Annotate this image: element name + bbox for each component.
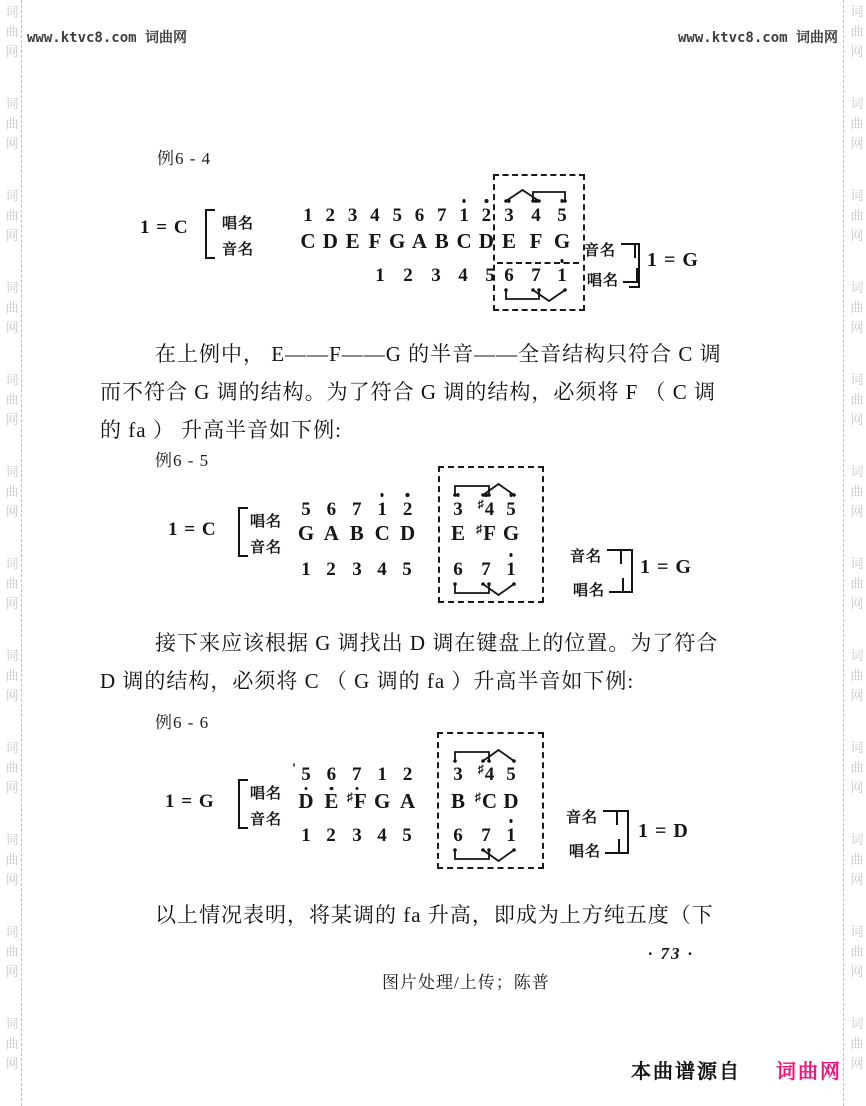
box-inner-divider [497, 262, 579, 264]
watermark-char: 词 [850, 94, 863, 114]
key-signature-left: 1 = C [140, 217, 189, 239]
watermark-char: 词 [5, 1014, 18, 1034]
watermark-char: 网 [5, 1054, 18, 1074]
note-token: F [530, 231, 543, 252]
watermark-dashed-line-right [843, 0, 844, 1106]
watermark-char: 曲 [5, 850, 18, 870]
sharp-sign: ♯ [476, 522, 482, 536]
octave-dot-high [406, 493, 410, 497]
sub-solfege-token: 6 [453, 560, 463, 579]
sharp-sign: ♯ [478, 497, 484, 511]
watermark-char: 网 [5, 318, 18, 338]
sharp-sign: ♯ [347, 790, 353, 804]
solfege-token: 1 [459, 206, 469, 225]
watermark-char: 曲 [5, 666, 18, 686]
tone-mark-caret-below [481, 847, 516, 863]
watermark-char: 词 [850, 830, 863, 850]
note-token: F [368, 231, 381, 252]
note-token: B [350, 523, 364, 544]
sub-solfege-token: 4 [377, 560, 387, 579]
sub-solfege-token: 2 [403, 266, 413, 285]
note-token: B [435, 231, 449, 252]
octave-dot-high [380, 493, 384, 497]
stray-apostrophe-mark: ' [292, 761, 296, 778]
watermark-char: 词 [5, 922, 18, 942]
watermark-char: 网 [850, 594, 863, 614]
watermark-char: 网 [5, 778, 18, 798]
sub-solfege-token: 3 [431, 266, 441, 285]
sub-solfege-token: 7 [531, 266, 541, 285]
octave-dot-high [560, 259, 564, 263]
solfege-token: 5 [301, 765, 311, 784]
system-bracket-left [238, 507, 248, 557]
sub-solfege-token: 2 [326, 560, 336, 579]
sub-solfege-token: 4 [458, 266, 468, 285]
note-token: C [375, 523, 390, 544]
watermark-char: 词 [850, 922, 863, 942]
watermark-header-right: www.ktvc8.com 词曲网 [678, 27, 838, 47]
solfege-token: 1 [377, 500, 387, 519]
note-token: D [479, 231, 494, 252]
watermark-char: 曲 [5, 22, 18, 42]
source-note-prefix: 本曲谱源自 [631, 1055, 741, 1084]
key-signature-left: 1 = C [168, 519, 217, 541]
watermark-char: 网 [5, 870, 18, 890]
solfege-token: 6 [327, 500, 337, 519]
watermark-char: 词 [5, 462, 18, 482]
tone-mark-caret-below [481, 581, 516, 597]
note-token: G [374, 791, 390, 812]
watermark-char: 网 [850, 1054, 863, 1074]
watermark-char: 网 [850, 42, 863, 62]
watermark-char: 网 [850, 226, 863, 246]
key-signature-right: 1 = G [640, 556, 692, 579]
watermark-char: 词 [5, 646, 18, 666]
watermark-char: 曲 [850, 482, 863, 502]
example-heading-6-5: 例6 - 5 [155, 446, 209, 471]
solfege-token: 5 [506, 765, 516, 784]
paragraph-line: 以上情况表明，将某调的 fa 升高，即成为上方纯五度（下 [155, 899, 714, 929]
note-token: G [503, 523, 519, 544]
watermark-char: 曲 [850, 666, 863, 686]
watermark-char: 网 [5, 686, 18, 706]
sub-solfege-token: 1 [301, 826, 311, 845]
sub-solfege-token: 5 [402, 826, 412, 845]
note-token: G [554, 231, 570, 252]
watermark-char: 曲 [850, 298, 863, 318]
sub-solfege-token: 1 [375, 266, 385, 285]
watermark-strip-right: 词曲网词曲网词曲网词曲网词曲网词曲网词曲网词曲网词曲网词曲网词曲网词曲网 [849, 2, 865, 1106]
example-heading-6-6: 例6 - 6 [155, 708, 209, 733]
right-notename-label: 音名 [566, 806, 598, 827]
note-token: C [300, 231, 315, 252]
watermark-char: 曲 [5, 390, 18, 410]
octave-dot-high [509, 819, 513, 823]
watermark-char: 网 [5, 962, 18, 982]
scanned-music-theory-page: www.ktvc8.com 词曲网 www.ktvc8.com 词曲网 词曲网词… [0, 0, 866, 1106]
octave-dot-high [485, 199, 489, 203]
corner-connector-down [607, 549, 622, 564]
note-token: A [412, 231, 427, 252]
solfege-token: 4 [531, 206, 541, 225]
watermark-char: 曲 [850, 390, 863, 410]
example-heading-6-4: 例6 - 4 [157, 144, 211, 169]
system-bracket-right [629, 243, 640, 288]
watermark-char: 曲 [5, 482, 18, 502]
right-solfege-label: 唱名 [587, 269, 619, 290]
system-bracket-right [622, 549, 633, 593]
note-token: E [451, 523, 465, 544]
notename-row-label: 音名 [250, 808, 282, 829]
watermark-char: 词 [850, 2, 863, 22]
watermark-char: 网 [5, 502, 18, 522]
sub-solfege-token: 7 [481, 560, 491, 579]
solfege-row-label: 唱名 [250, 510, 282, 531]
watermark-char: 词 [850, 1014, 863, 1034]
watermark-char: 词 [850, 278, 863, 298]
watermark-char: 词 [850, 554, 863, 574]
watermark-char: 曲 [5, 942, 18, 962]
solfege-token: 6 [415, 206, 425, 225]
solfege-token: 4 [370, 206, 380, 225]
system-bracket-left [238, 779, 248, 829]
watermark-header-left: www.ktvc8.com 词曲网 [27, 27, 187, 47]
sub-solfege-token: 6 [453, 826, 463, 845]
solfege-token: 5 [392, 206, 402, 225]
watermark-char: 网 [850, 778, 863, 798]
watermark-char: 网 [5, 410, 18, 430]
watermark-char: 网 [850, 686, 863, 706]
right-solfege-label: 唱名 [573, 579, 605, 600]
watermark-char: 曲 [850, 574, 863, 594]
solfege-token: 3 [453, 500, 463, 519]
note-token: E [324, 791, 338, 812]
tone-mark-square-above [531, 188, 567, 204]
solfege-token: 1 [303, 206, 313, 225]
solfege-token: ♯4 [478, 765, 495, 784]
source-site-logo: 词曲网 [776, 1055, 842, 1084]
note-token: ♯F [347, 791, 367, 812]
sub-solfege-token: 1 [506, 560, 516, 579]
solfege-token: 1 [377, 765, 387, 784]
watermark-char: 网 [5, 594, 18, 614]
sub-solfege-token: 2 [326, 826, 336, 845]
key-signature-right: 1 = D [638, 820, 689, 843]
sub-solfege-token: 7 [481, 826, 491, 845]
solfege-token: 5 [301, 500, 311, 519]
note-token: ♯C [475, 791, 497, 812]
right-solfege-label: 唱名 [569, 840, 601, 861]
solfege-token: 5 [506, 500, 516, 519]
note-token: E [346, 231, 360, 252]
notename-row-label: 音名 [222, 238, 254, 259]
watermark-char: 网 [5, 42, 18, 62]
solfege-token: 2 [403, 500, 413, 519]
watermark-char: 词 [850, 738, 863, 758]
note-token: D [298, 791, 313, 812]
corner-connector-down [603, 810, 618, 825]
watermark-char: 词 [850, 370, 863, 390]
solfege-token: 7 [437, 206, 447, 225]
solfege-token: 6 [327, 765, 337, 784]
watermark-char: 词 [5, 186, 18, 206]
watermark-char: 网 [850, 134, 863, 154]
solfege-token: 7 [352, 765, 362, 784]
watermark-char: 网 [850, 962, 863, 982]
watermark-char: 网 [5, 226, 18, 246]
watermark-char: 曲 [850, 22, 863, 42]
right-notename-label: 音名 [584, 239, 616, 260]
sub-solfege-token: 3 [352, 560, 362, 579]
solfege-token: 2 [326, 206, 336, 225]
note-token: E [502, 231, 516, 252]
note-token: A [324, 523, 339, 544]
watermark-char: 曲 [850, 942, 863, 962]
solfege-token: ♯4 [478, 500, 495, 519]
watermark-char: 词 [5, 554, 18, 574]
sub-solfege-token: 3 [352, 826, 362, 845]
note-token: B [451, 791, 465, 812]
key-signature-left: 1 = G [165, 791, 215, 813]
watermark-char: 网 [850, 502, 863, 522]
key-signature-right: 1 = G [647, 249, 699, 272]
sub-solfege-token: 5 [485, 266, 495, 285]
watermark-char: 网 [850, 870, 863, 890]
solfege-token: 5 [557, 206, 567, 225]
watermark-char: 曲 [5, 758, 18, 778]
note-token: D [323, 231, 338, 252]
sub-solfege-token: 4 [377, 826, 387, 845]
octave-dot-high [509, 553, 513, 557]
watermark-char: 曲 [5, 206, 18, 226]
tone-mark-caret-below [531, 287, 567, 303]
solfege-token: 7 [352, 500, 362, 519]
watermark-strip-left: 词曲网词曲网词曲网词曲网词曲网词曲网词曲网词曲网词曲网词曲网词曲网词曲网 [4, 2, 20, 1106]
sub-solfege-token: 1 [506, 826, 516, 845]
solfege-token: 2 [482, 206, 492, 225]
sharp-sign: ♯ [475, 790, 481, 804]
note-token: D [400, 523, 415, 544]
watermark-char: 曲 [5, 574, 18, 594]
watermark-char: 曲 [850, 114, 863, 134]
note-token: ♯F [476, 523, 496, 544]
watermark-char: 词 [5, 370, 18, 390]
solfege-token: 3 [453, 765, 463, 784]
system-bracket-left [205, 209, 215, 259]
system-bracket-right [618, 810, 629, 854]
watermark-char: 词 [850, 646, 863, 666]
watermark-char: 词 [5, 830, 18, 850]
paragraph-line: 而不符合 G 调的结构。为了符合 G 调的结构，必须将 F （ C 调 [100, 376, 716, 406]
tone-mark-caret-above [481, 482, 516, 498]
sub-solfege-token: 6 [504, 266, 514, 285]
watermark-char: 词 [5, 2, 18, 22]
watermark-dashed-line-left [21, 0, 22, 1106]
watermark-char: 词 [5, 278, 18, 298]
sub-solfege-token: 1 [557, 266, 567, 285]
solfege-row-label: 唱名 [222, 212, 254, 233]
note-token: D [503, 791, 518, 812]
notename-row-label: 音名 [250, 536, 282, 557]
note-token: G [298, 523, 314, 544]
right-notename-label: 音名 [570, 545, 602, 566]
page-number: · 73 · [648, 944, 694, 964]
watermark-char: 词 [5, 738, 18, 758]
tone-mark-caret-above [481, 748, 516, 764]
watermark-char: 网 [5, 134, 18, 154]
watermark-char: 词 [850, 462, 863, 482]
note-token: C [457, 231, 472, 252]
paragraph-line: 在上例中， E——F——G 的半音——全音结构只符合 C 调 [155, 338, 722, 368]
sub-solfege-token: 5 [402, 560, 412, 579]
sharp-sign: ♯ [478, 762, 484, 776]
solfege-row-label: 唱名 [250, 782, 282, 803]
watermark-char: 曲 [850, 758, 863, 778]
solfege-token: 3 [504, 206, 514, 225]
watermark-char: 网 [850, 318, 863, 338]
watermark-char: 网 [850, 410, 863, 430]
watermark-char: 曲 [5, 298, 18, 318]
octave-dot-high [462, 199, 466, 203]
watermark-char: 曲 [850, 206, 863, 226]
watermark-char: 曲 [5, 114, 18, 134]
watermark-char: 曲 [5, 1034, 18, 1054]
paragraph-line: 的 fa ） 升高半音如下例: [100, 414, 342, 444]
solfege-token: 2 [403, 765, 413, 784]
note-token: A [400, 791, 415, 812]
note-token: G [389, 231, 405, 252]
paragraph-line: D 调的结构，必须将 C （ G 调的 fa ）升高半音如下例: [100, 665, 634, 695]
watermark-char: 词 [850, 186, 863, 206]
watermark-char: 曲 [850, 1034, 863, 1054]
watermark-char: 词 [5, 94, 18, 114]
uploader-credit: 图片处理/上传；陈普 [382, 968, 550, 993]
watermark-char: 曲 [850, 850, 863, 870]
solfege-token: 3 [348, 206, 358, 225]
sub-solfege-token: 1 [301, 560, 311, 579]
paragraph-line: 接下来应该根据 G 调找出 D 调在键盘上的位置。为了符合 [155, 627, 718, 657]
